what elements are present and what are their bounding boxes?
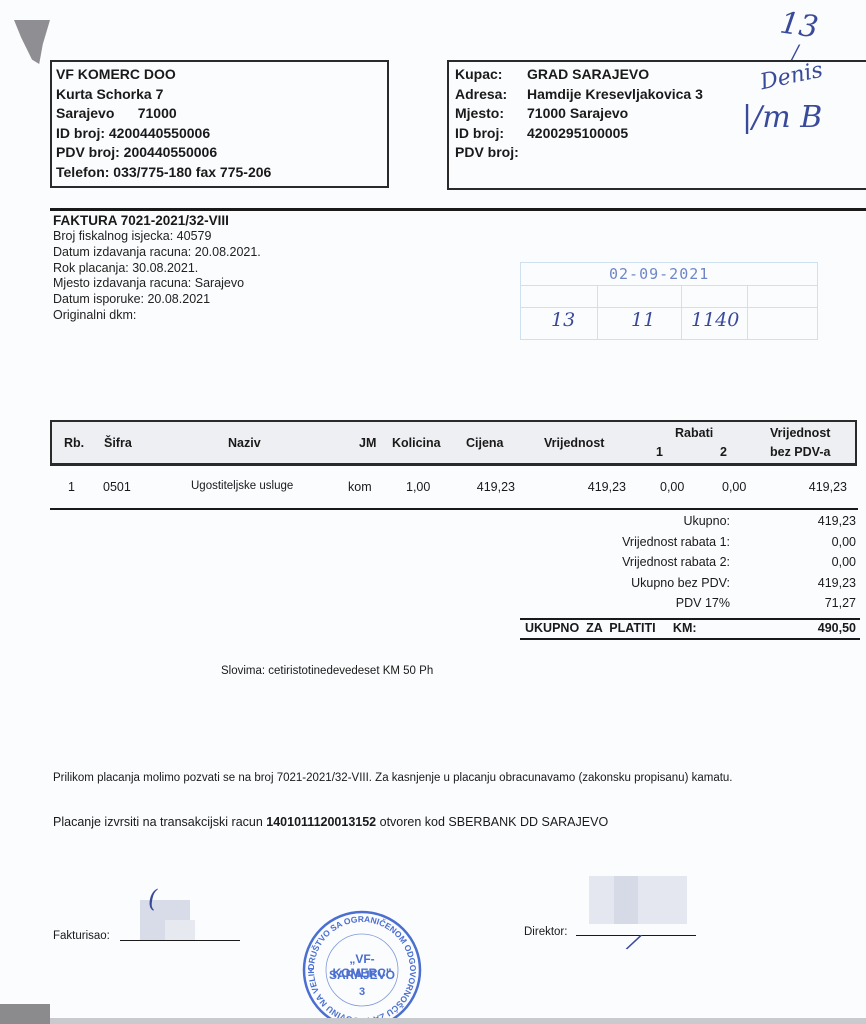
seller-line: ID broj: 4200440550006	[56, 124, 383, 144]
cell-kolicina: 1,00	[406, 480, 430, 494]
direktor-handwritten-mark: /	[626, 929, 642, 955]
col-rabat-2: 2	[720, 445, 727, 459]
amount-in-words: Slovima: cetiristotinedevedeset KM 50 Ph	[221, 665, 433, 677]
col-naziv: Naziv	[228, 436, 261, 450]
redacted-signature-direktor-2	[614, 876, 638, 924]
col-rb: Rb.	[64, 436, 84, 450]
seller-line: Telefon: 033/775-180 fax 775-206	[56, 163, 383, 183]
grand-total-value: 490,50	[818, 621, 856, 635]
invoice-header-rule	[50, 208, 866, 211]
seller-box: VF KOMERC DOOKurta Schorka 7Sarajevo 710…	[50, 60, 389, 188]
redacted-signature-direktor	[589, 876, 687, 924]
seller-line: Kurta Schorka 7	[56, 85, 383, 105]
cell-vrijednost-bez-pdv: 419,23	[809, 480, 847, 494]
totals-value: 71,27	[825, 596, 856, 610]
stamp-number-3: 1140	[691, 309, 739, 331]
buyer-row-value: 71000 Sarajevo	[527, 104, 628, 124]
seller-lines: VF KOMERC DOOKurta Schorka 7Sarajevo 710…	[56, 65, 383, 182]
buyer-row-label: Adresa:	[455, 85, 527, 105]
buyer-row-label: Kupac:	[455, 65, 527, 85]
invoice-detail-line: Datum isporuke: 20.08.2021	[53, 292, 261, 308]
fakturisao-handwritten-mark: (	[148, 885, 157, 913]
seller-line: Sarajevo 71000	[56, 104, 383, 124]
totals-label: Vrijednost rabata 1:	[622, 535, 730, 549]
col-rabat-1: 1	[656, 445, 663, 459]
stamp-number-2: 11	[631, 309, 655, 331]
cell-rabat2: 0,00	[722, 480, 746, 494]
items-table-bottom-rule	[50, 508, 858, 510]
buyer-row: PDV broj:	[455, 143, 861, 163]
buyer-row-value: 4200295100005	[527, 124, 628, 144]
invoice-details: FAKTURA 7021-2021/32-VIII Broj fiskalnog…	[53, 212, 261, 324]
payment-account-note: Placanje izvrsiti na transakcijski racun…	[53, 815, 608, 829]
buyer-row-label: ID broj:	[455, 124, 527, 144]
cell-jm: kom	[348, 480, 372, 494]
col-sifra: Šifra	[104, 436, 132, 450]
col-vrijednost-bez-pdv-1: Vrijednost	[770, 426, 830, 440]
totals-label: Ukupno:	[683, 514, 730, 528]
scan-bottom-edge	[0, 1018, 866, 1024]
col-jm: JM	[359, 436, 376, 450]
buyer-handwritten-initials: |/m B	[742, 100, 822, 135]
direktor-label: Direktor:	[524, 926, 567, 938]
grand-total-label: UKUPNO ZA PLATITI KM:	[525, 621, 697, 635]
items-table-header: Rb. Šifra Naziv JM Kolicina Cijena Vrije…	[50, 420, 857, 466]
seller-line: PDV broj: 200440550006	[56, 143, 383, 163]
seller-line: VF KOMERC DOO	[56, 65, 383, 85]
totals-label: Vrijednost rabata 2:	[622, 555, 730, 569]
scan-bottom-corner	[0, 1004, 50, 1024]
invoice-detail-line: Mjesto izdavanja racuna: Sarajevo	[53, 276, 261, 292]
buyer-row-value: GRAD SARAJEVO	[527, 65, 649, 85]
totals-label: Ukupno bez PDV:	[631, 576, 730, 590]
invoice-detail-line: Datum izdavanja racuna: 20.08.2021.	[53, 245, 261, 261]
redacted-signature-fakturisao-2	[165, 920, 195, 940]
stamp-number-1: 13	[551, 309, 575, 331]
col-cijena: Cijena	[466, 436, 504, 450]
buyer-row-label: PDV broj:	[455, 143, 527, 163]
col-kolicina: Kolicina	[392, 436, 441, 450]
cell-cijena: 419,23	[477, 480, 515, 494]
stamp-number: 3	[324, 986, 400, 998]
totals-value: 419,23	[818, 514, 856, 528]
payment-reference-note: Prilikom placanja molimo pozvati se na b…	[53, 772, 733, 784]
col-vrijednost: Vrijednost	[544, 436, 604, 450]
cell-vrijednost: 419,23	[588, 480, 626, 494]
fakturisao-signature-line	[120, 940, 240, 941]
invoice-detail-line: Originalni dkm:	[53, 308, 261, 324]
totals-grand-rule-bottom	[520, 638, 860, 640]
cell-naziv: Ugostiteljske usluge	[191, 480, 293, 492]
cell-rb: 1	[68, 480, 75, 494]
totals-value: 0,00	[832, 555, 856, 569]
bank-account-number: 1401011120013152	[266, 815, 376, 829]
totals-value: 0,00	[832, 535, 856, 549]
scan-corner-mark	[14, 20, 50, 64]
fakturisao-label: Fakturisao:	[53, 930, 110, 942]
invoice-detail-line: Rok placanja: 30.08.2021.	[53, 261, 261, 277]
totals-grand-rule-top	[520, 618, 860, 620]
company-round-stamp: DRUŠTVO SA OGRANIČENOM ODGOVORNOŠĆU ZA T…	[300, 908, 424, 1024]
totals-block: Ukupno:419,23Vrijednost rabata 1:0,00Vri…	[500, 512, 860, 642]
buyer-row-label: Mjesto:	[455, 104, 527, 124]
payment-suffix: otvoren kod SBERBANK DD SARAJEVO	[376, 815, 608, 829]
col-vrijednost-bez-pdv-2: bez PDV-a	[770, 445, 830, 459]
cell-sifra: 0501	[103, 480, 131, 494]
invoice-title: FAKTURA 7021-2021/32-VIII	[53, 212, 261, 229]
handwritten-page-number: 13	[778, 6, 821, 46]
totals-value: 419,23	[818, 576, 856, 590]
buyer-row-value: Hamdije Kresevljakovica 3	[527, 85, 703, 105]
stamp-city: SARAJEVO	[324, 968, 400, 982]
payment-prefix: Placanje izvrsiti na transakcijski racun	[53, 815, 266, 829]
stamp-date: 02-09-2021	[609, 265, 709, 283]
received-stamp: 02-09-2021 13 11 1140	[520, 262, 818, 340]
totals-label: PDV 17%	[676, 596, 730, 610]
invoice-detail-line: Broj fiskalnog isjecka: 40579	[53, 229, 261, 245]
col-rabati: Rabati	[675, 426, 713, 440]
cell-rabat1: 0,00	[660, 480, 684, 494]
